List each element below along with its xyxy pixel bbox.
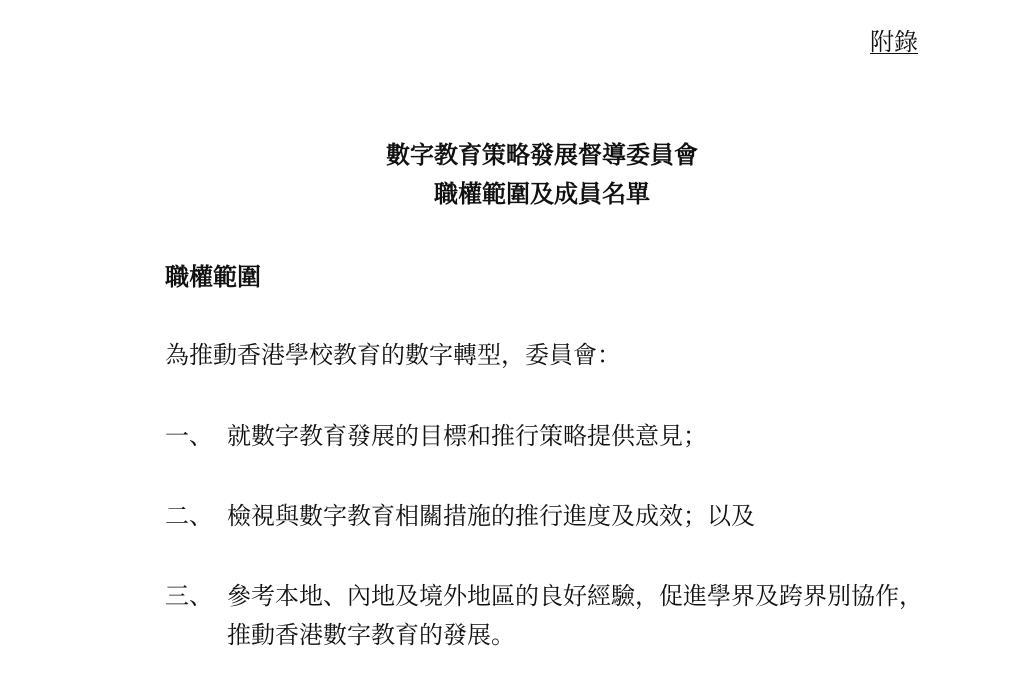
list-item-text: 參考本地、內地及境外地區的良好經驗，促進學界及跨界別協作，推動香港數字教育的發展… bbox=[227, 577, 927, 655]
list-item: 一、 就數字教育發展的目標和推行策略提供意見； bbox=[165, 417, 927, 456]
document-subtitle: 職權範圍及成員名單 bbox=[0, 179, 1024, 209]
list-item-number: 二、 bbox=[165, 497, 227, 536]
annex-label: 附錄 bbox=[870, 27, 918, 57]
list-item-text: 就數字教育發展的目標和推行策略提供意見； bbox=[227, 417, 927, 456]
list-item-number: 三、 bbox=[165, 577, 227, 655]
list-item: 二、 檢視與數字教育相關措施的推行進度及成效；以及 bbox=[165, 497, 927, 536]
section-heading: 職權範圍 bbox=[165, 262, 261, 292]
list-item-text: 檢視與數字教育相關措施的推行進度及成效；以及 bbox=[227, 497, 927, 536]
intro-paragraph: 為推動香港學校教育的數字轉型，委員會： bbox=[165, 340, 621, 370]
list-item-number: 一、 bbox=[165, 417, 227, 456]
document-title: 數字教育策略發展督導委員會 bbox=[0, 140, 1024, 170]
list-item: 三、 參考本地、內地及境外地區的良好經驗，促進學界及跨界別協作，推動香港數字教育… bbox=[165, 577, 927, 655]
